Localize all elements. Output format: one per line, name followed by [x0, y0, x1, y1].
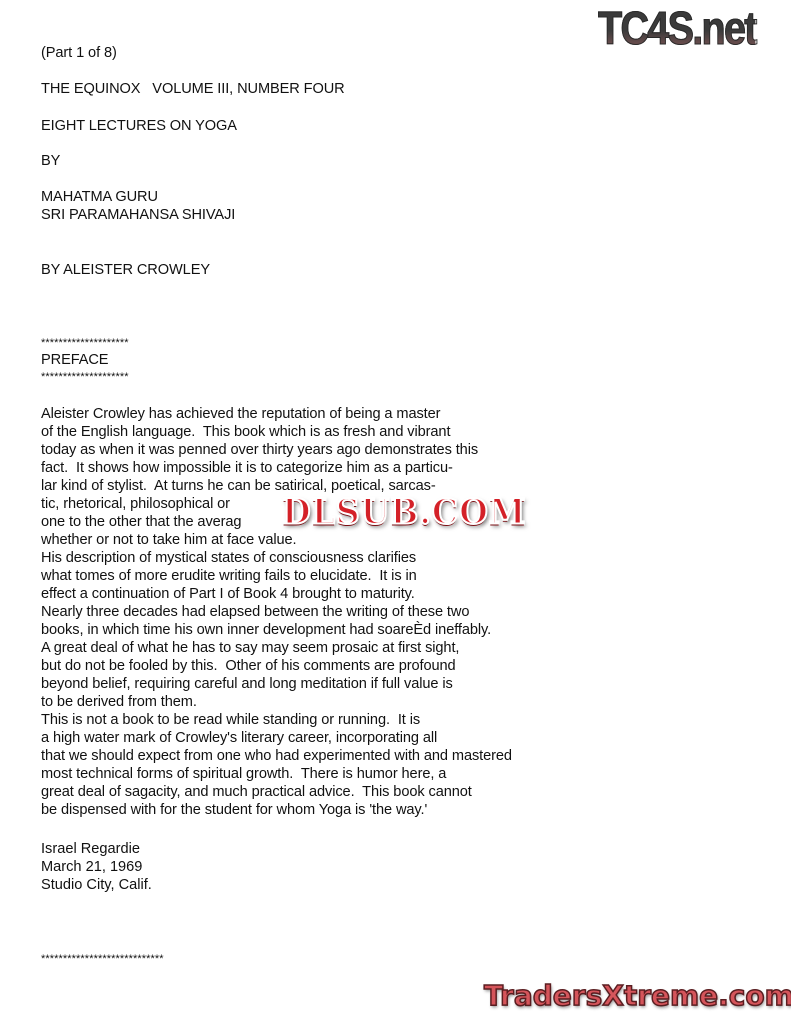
part-indicator: (Part 1 of 8): [41, 44, 117, 62]
by-label: BY: [41, 152, 60, 170]
preface-divider-top: ********************: [41, 334, 129, 352]
preface-divider-bottom: ********************: [41, 368, 129, 386]
preface-body: Aleister Crowley has achieved the reputa…: [41, 405, 512, 819]
by-author: BY ALEISTER CROWLEY: [41, 261, 210, 279]
author-line-2: SRI PARAMAHANSA SHIVAJI: [41, 206, 235, 224]
preface-line: to be derived from them.: [41, 693, 512, 711]
preface-heading: PREFACE: [41, 351, 108, 369]
preface-line: fact. It shows how impossible it is to c…: [41, 459, 512, 477]
watermark-tradersxtreme-logo: TradersXtreme.com: [484, 976, 791, 1016]
preface-line: books, in which time his own inner devel…: [41, 621, 512, 639]
author-line-1: MAHATMA GURU: [41, 188, 158, 206]
preface-line: Nearly three decades had elapsed between…: [41, 603, 512, 621]
preface-line: today as when it was penned over thirty …: [41, 441, 512, 459]
preface-line: that we should expect from one who had e…: [41, 747, 512, 765]
book-title: EIGHT LECTURES ON YOGA: [41, 117, 237, 135]
signature-date: March 21, 1969: [41, 858, 152, 876]
watermark-dlsub-logo: DLSUB.COM: [282, 491, 526, 533]
signature-name: Israel Regardie: [41, 840, 152, 858]
publication-title: THE EQUINOX VOLUME III, NUMBER FOUR: [41, 80, 345, 98]
preface-line: A great deal of what he has to say may s…: [41, 639, 512, 657]
footer-divider: ****************************: [41, 950, 164, 968]
watermark-tc4s-logo: TC4S.net: [598, 2, 756, 54]
preface-line: most technical forms of spiritual growth…: [41, 765, 512, 783]
preface-line: a high water mark of Crowley's literary …: [41, 729, 512, 747]
preface-line: what tomes of more erudite writing fails…: [41, 567, 512, 585]
signature-block: Israel Regardie March 21, 1969 Studio Ci…: [41, 840, 152, 894]
preface-line: beyond belief, requiring careful and lon…: [41, 675, 512, 693]
preface-line: whether or not to take him at face value…: [41, 531, 512, 549]
preface-line: His description of mystical states of co…: [41, 549, 512, 567]
signature-place: Studio City, Calif.: [41, 876, 152, 894]
preface-line: This is not a book to be read while stan…: [41, 711, 512, 729]
preface-line: effect a continuation of Part I of Book …: [41, 585, 512, 603]
preface-line: Aleister Crowley has achieved the reputa…: [41, 405, 512, 423]
preface-line: be dispensed with for the student for wh…: [41, 801, 512, 819]
preface-line: but do not be fooled by this. Other of h…: [41, 657, 512, 675]
preface-line: of the English language. This book which…: [41, 423, 512, 441]
preface-line: great deal of sagacity, and much practic…: [41, 783, 512, 801]
